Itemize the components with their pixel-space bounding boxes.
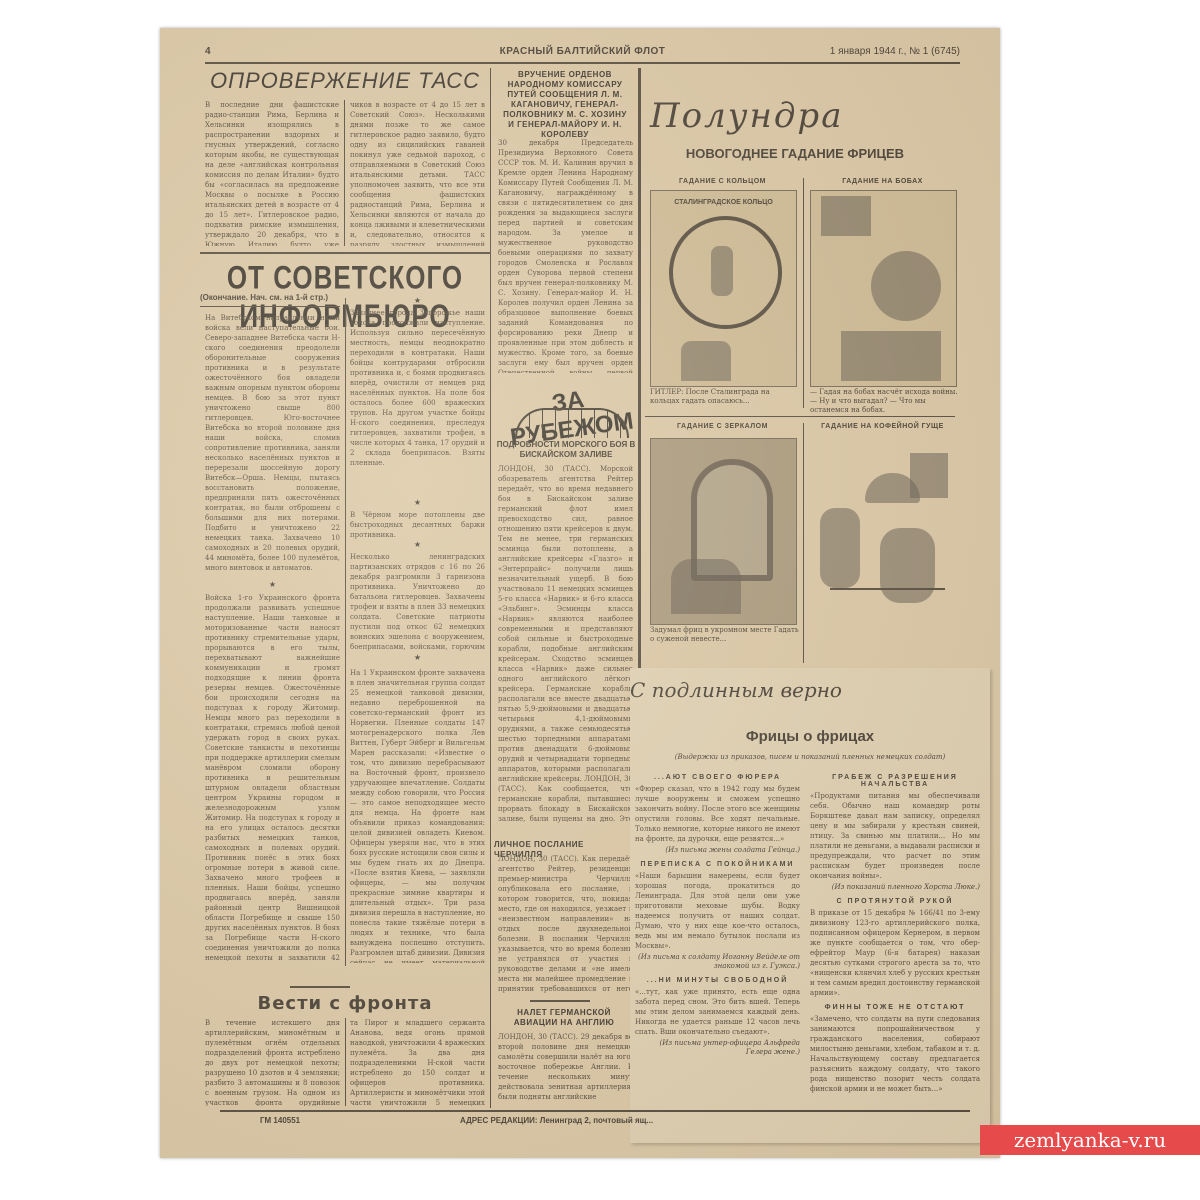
clipping-section-body: «...тут, как уже принято, есть еще одна …: [635, 987, 800, 1037]
churchill-body: ЛОНДОН, 30 (ТАСС). Как передаёт агентств…: [498, 854, 633, 994]
cartoon-title: ГАДАНИЕ НА БОБАХ: [810, 178, 955, 185]
sovinformburo-col2c: Несколько ленинградских партизанских отр…: [350, 552, 485, 652]
clipping-section-body: В приказе от 15 декабря № 166/41 по 3-ем…: [810, 908, 980, 998]
clipping-section-body: «Продуктами питания мы обеспечивали себя…: [810, 791, 980, 881]
clipping-section-body: «Замечено, что солдаты на пути следовани…: [810, 1014, 980, 1094]
humor-headline: НОВОГОДНЕЕ ГАДАНИЕ ФРИЦЕВ: [640, 146, 950, 161]
masthead: 4 КРАСНЫЙ БАЛТИЙСКИЙ ФЛОТ 1 января 1944 …: [205, 42, 960, 64]
german-raid-body: ЛОНДОН, 30 (ТАСС). 29 декабря во второй …: [498, 1032, 633, 1106]
cartoon-label: СТАЛИНГРАДСКОЕ КОЛЬЦО: [661, 199, 786, 206]
abroad-subheadline: ПОДРОБНОСТИ МОРСКОГО БОЯ В БИСКАЙСКОМ ЗА…: [492, 440, 640, 460]
cartoon-mirror: [650, 438, 797, 625]
clipping-section-source: (Из письма унтер-офицера Альфреда Гелера…: [635, 1039, 800, 1057]
clipping-subtitle: (Выдержки из приказов, писем и показаний…: [630, 753, 990, 761]
issue-info: 1 января 1944 г., № 1 (6745): [830, 46, 960, 57]
cartoon-ring: СТАЛИНГРАДСКОЕ КОЛЬЦО: [650, 190, 797, 387]
separator-star: ★: [350, 540, 485, 550]
footer-address: АДРЕС РЕДАКЦИИ: Ленинград 2, почтовый ящ…: [460, 1116, 653, 1125]
clipping: С подлинным верно Фрицы о фрицах (Выдерж…: [630, 668, 990, 1143]
footer: ГМ 140551 АДРЕС РЕДАКЦИИ: Ленинград 2, п…: [220, 1110, 970, 1112]
sovinformburo-col1: На Витебском направлении наши войска вел…: [205, 313, 340, 578]
clipping-section-body: «Наши барышни намерены, если будет хорош…: [635, 871, 800, 951]
clipping-section-title: ...НИ МИНУТЫ СВОБОДНОЙ: [635, 977, 800, 984]
sovinformburo-col2d: На 1 Украинском фронте захвачена в плен …: [350, 668, 485, 963]
cartoon-title: ГАДАНИЕ НА КОФЕЙНОЙ ГУЩЕ: [810, 423, 955, 430]
cartoon-caption: — Гадая на бобах насчёт исхода войны. — …: [810, 388, 960, 415]
cartoon-caption: ГИТЛЕР: После Сталинграда на кольцах гад…: [650, 388, 800, 406]
front-news-col2: та Пирог и младшего сержанта Ананова, ве…: [350, 1018, 485, 1106]
globe-icon: [515, 408, 629, 438]
sovinformburo-col2b: В Чёрном море потоплены две быстроходных…: [350, 510, 485, 540]
cartoon-title: ГАДАНИЕ С КОЛЬЦОМ: [650, 178, 795, 185]
clipping-section-title: ПЕРЕПИСКА С ПОКОЙНИКАМИ: [635, 861, 800, 868]
clipping-section-title: С ПРОТЯНУТОЙ РУКОЙ: [810, 898, 980, 905]
clipping-section-title: ...АЮТ СВОЕГО ФЮРЕРА: [635, 774, 800, 781]
newspaper-page: 4 КРАСНЫЙ БАЛТИЙСКИЙ ФЛОТ 1 января 1944 …: [160, 28, 1000, 1158]
clipping-section-source: (Из показаний пленного Хорста Люке.): [810, 883, 980, 892]
abroad-body: ЛОНДОН, 30 (ТАСС). Морской обозреватель …: [498, 464, 633, 824]
front-news-headline: Вести с фронта: [205, 993, 485, 1014]
separator-star: ★: [350, 653, 485, 663]
clipping-section-source: (Из письма жены солдата Гейнца.): [635, 846, 800, 855]
award-headline: ВРУЧЕНИЕ ОРДЕНОВ НАРОДНОМУ КОМИССАРУ ПУТ…: [500, 70, 630, 140]
award-body: 30 декабря Председатель Президиума Верхо…: [498, 138, 633, 373]
tass-denial-col1: В последние дни фашистские радио-станции…: [205, 100, 339, 246]
clipping-rubric: С подлинным верно: [630, 678, 842, 702]
clipping-headline: Фрицы о фрицах: [630, 728, 990, 745]
cartoon-title: ГАДАНИЕ С ЗЕРКАЛОМ: [650, 423, 795, 430]
sovinformburo-col1b: Войска 1-го Украинского фронта продолжал…: [205, 593, 340, 963]
separator-star: ★: [205, 580, 340, 590]
sovinformburo-subheadline: (Окончание. Нач. см. на 1-й стр.): [200, 293, 328, 302]
sovinformburo-col2: Западнее города Запорожье наши войска пр…: [350, 308, 485, 498]
cartoon-beans: [810, 190, 957, 387]
clipping-section-title: ГРАБЕЖ С РАЗРЕШЕНИЯ НАЧАЛЬСТВА: [810, 774, 980, 788]
front-news-col1: В течение истекшего дня артиллерийским, …: [205, 1018, 340, 1106]
footer-code: ГМ 140551: [260, 1116, 300, 1125]
separator-star: ★: [350, 296, 485, 306]
german-raid-headline: НАЛЕТ ГЕРМАНСКОЙ АВИАЦИИ НА АНГЛИЮ: [494, 1008, 634, 1028]
separator-star: ★: [350, 498, 485, 508]
clipping-section-title: ФИННЫ ТОЖЕ НЕ ОТСТАЮТ: [810, 1004, 980, 1011]
humor-rubric: Полундра: [650, 96, 950, 146]
tass-denial-headline: ОПРОВЕРЖЕНИЕ ТАСС: [205, 68, 485, 94]
clipping-section-body: «Фюрер сказал, что в 1942 году мы будем …: [635, 784, 800, 844]
cartoon-caption: Задумал фриц в укромном месте Гадать о с…: [650, 626, 800, 644]
cartoon-coffee: [810, 448, 955, 623]
tass-denial-col2: чиков в возрасте от 4 до 15 лет в Советс…: [350, 100, 485, 246]
watermark: zemlyanka-v.ru: [980, 1125, 1200, 1155]
clipping-section-source: (Из письма к солдату Иоганну Вейделе от …: [635, 953, 800, 971]
